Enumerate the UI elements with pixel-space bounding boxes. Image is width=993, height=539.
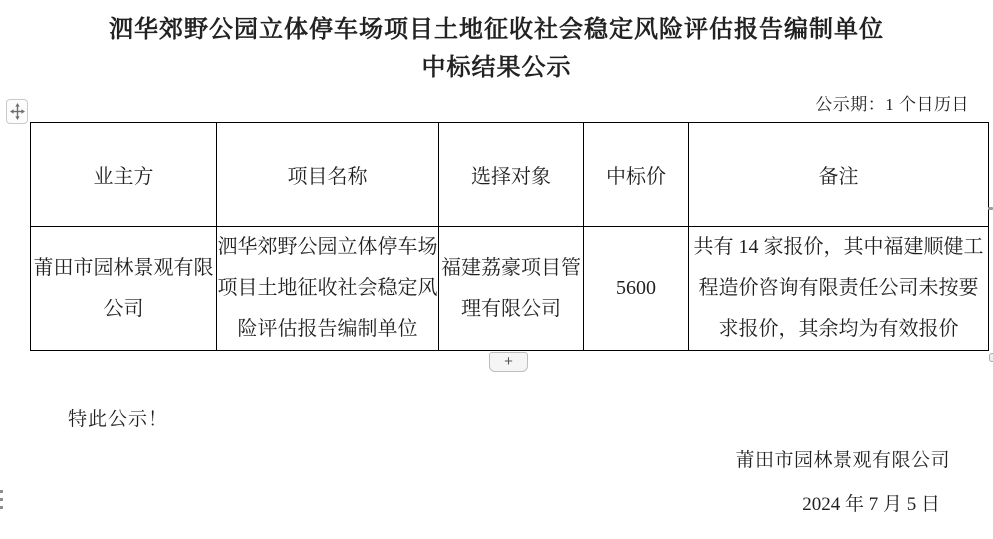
cell-price: 5600 [584,227,689,351]
table-move-handle-button[interactable] [6,99,28,124]
add-column-button-cutoff[interactable] [989,353,993,362]
col-header-price: 中标价 [584,123,689,227]
cell-remark-line: 共有 14 家报价，其中福建顺健工 [689,227,988,268]
cell-remark-line: 程造价咨询有限责任公司未按要 [689,268,988,309]
page-subtitle: 中标结果公示 [0,47,993,82]
table-header-row: 业主方 项目名称 选择对象 中标价 备注 [31,123,989,227]
drag-dots-icon[interactable] [0,490,4,514]
cell-winner: 福建荔豪项目管 理有限公司 [439,227,584,351]
cell-project-line: 项目土地征收社会稳定风 [217,268,438,309]
cell-project-line: 险评估报告编制单位 [217,309,438,350]
publicity-period: 公示期：1 个日历日 [815,90,969,115]
cell-winner-line: 理有限公司 [439,289,583,330]
column-resize-handle[interactable] [988,207,993,210]
page-title: 泗华郊野公园立体停车场项目土地征收社会稳定风险评估报告编制单位 [0,9,993,44]
cell-owner: 莆田市园林景观有限 公司 [31,227,217,351]
cell-remark-line: 求报价，其余均为有效报价 [689,309,988,350]
table-row: 莆田市园林景观有限 公司 泗华郊野公园立体停车场 项目土地征收社会稳定风 险评估… [31,227,989,351]
cell-owner-line: 莆田市园林景观有限 [31,248,216,289]
signature-date: 2024 年 7 月 5 日 [802,489,940,516]
move-arrows-icon [10,103,25,120]
announcement-page: 泗华郊野公园立体停车场项目土地征收社会稳定风险评估报告编制单位 中标结果公示 公… [0,0,993,539]
cell-project-line: 泗华郊野公园立体停车场 [217,227,438,268]
cell-project: 泗华郊野公园立体停车场 项目土地征收社会稳定风 险评估报告编制单位 [217,227,439,351]
signature-company: 莆田市园林景观有限公司 [735,445,950,472]
bid-result-table: 业主方 项目名称 选择对象 中标价 备注 莆田市园林景观有限 公司 泗华郊野公园… [30,122,989,351]
col-header-project: 项目名称 [217,123,439,227]
closing-statement: 特此公示！ [68,404,168,431]
cell-winner-line: 福建荔豪项目管 [439,248,583,289]
cell-owner-line: 公司 [31,289,216,330]
add-row-button[interactable]: + [489,352,528,372]
col-header-winner: 选择对象 [439,123,584,227]
col-header-remark: 备注 [689,123,989,227]
cell-remark: 共有 14 家报价，其中福建顺健工 程造价咨询有限责任公司未按要 求报价，其余均… [689,227,989,351]
col-header-owner: 业主方 [31,123,217,227]
